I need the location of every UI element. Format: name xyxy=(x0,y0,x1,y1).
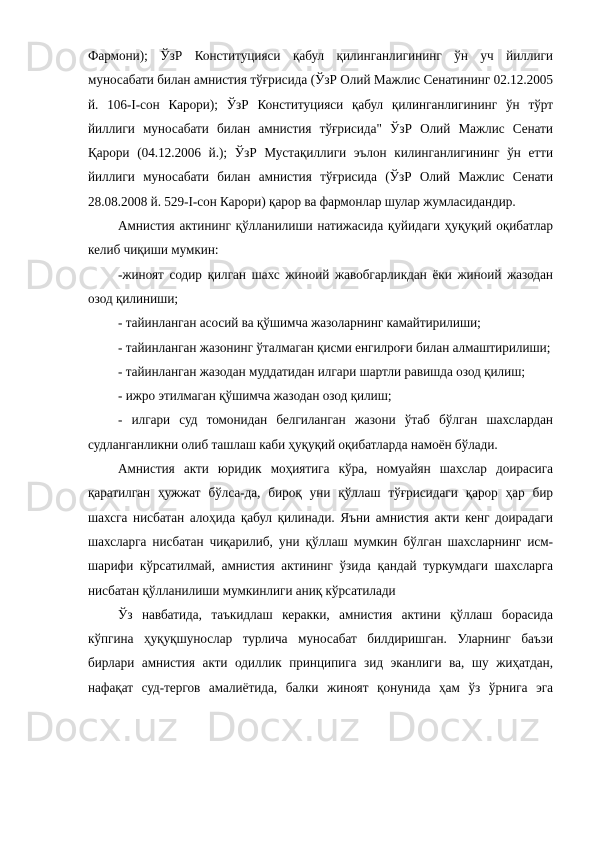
list-item-early-release: - тайинланган жазодан муддатидан илгари … xyxy=(88,360,553,384)
watermark: Docx.uz xyxy=(386,708,539,748)
watermark: Docx.uz xyxy=(24,708,177,748)
list-item-sentence-replacement: - тайинланган жазонинг ўталмаган қисми е… xyxy=(88,336,553,360)
paragraph-consequences-intro: Амнистия актининг қўлланилиши натижасида… xyxy=(88,214,553,263)
list-item-additional-penalty-release: - ижро этилмаган қўшимча жазодан озод қи… xyxy=(88,384,553,408)
list-item-sentence-reduction: - тайинланган асосий ва қўшимча жазоларн… xyxy=(88,311,553,335)
list-item-conviction-removal: - илгари суд томонидан белгиланган жазон… xyxy=(88,408,553,457)
paragraph-scholar-views: Ўз навбатида, таъкидлаш керакки, амнисти… xyxy=(88,603,553,700)
watermark: Docx.uz xyxy=(206,708,359,748)
list-item-release-from-liability: -жиноят содир қилган шахс жиноий жавобга… xyxy=(88,263,553,312)
paragraph-decree-list: Фармони); ЎзР Конституцияси қабул қилинг… xyxy=(88,44,553,214)
document-body: Фармони); ЎзР Конституцияси қабул қилинг… xyxy=(88,44,553,700)
paragraph-legal-nature: Амнистия акти юридик моҳиятига кўра, ном… xyxy=(88,457,553,603)
